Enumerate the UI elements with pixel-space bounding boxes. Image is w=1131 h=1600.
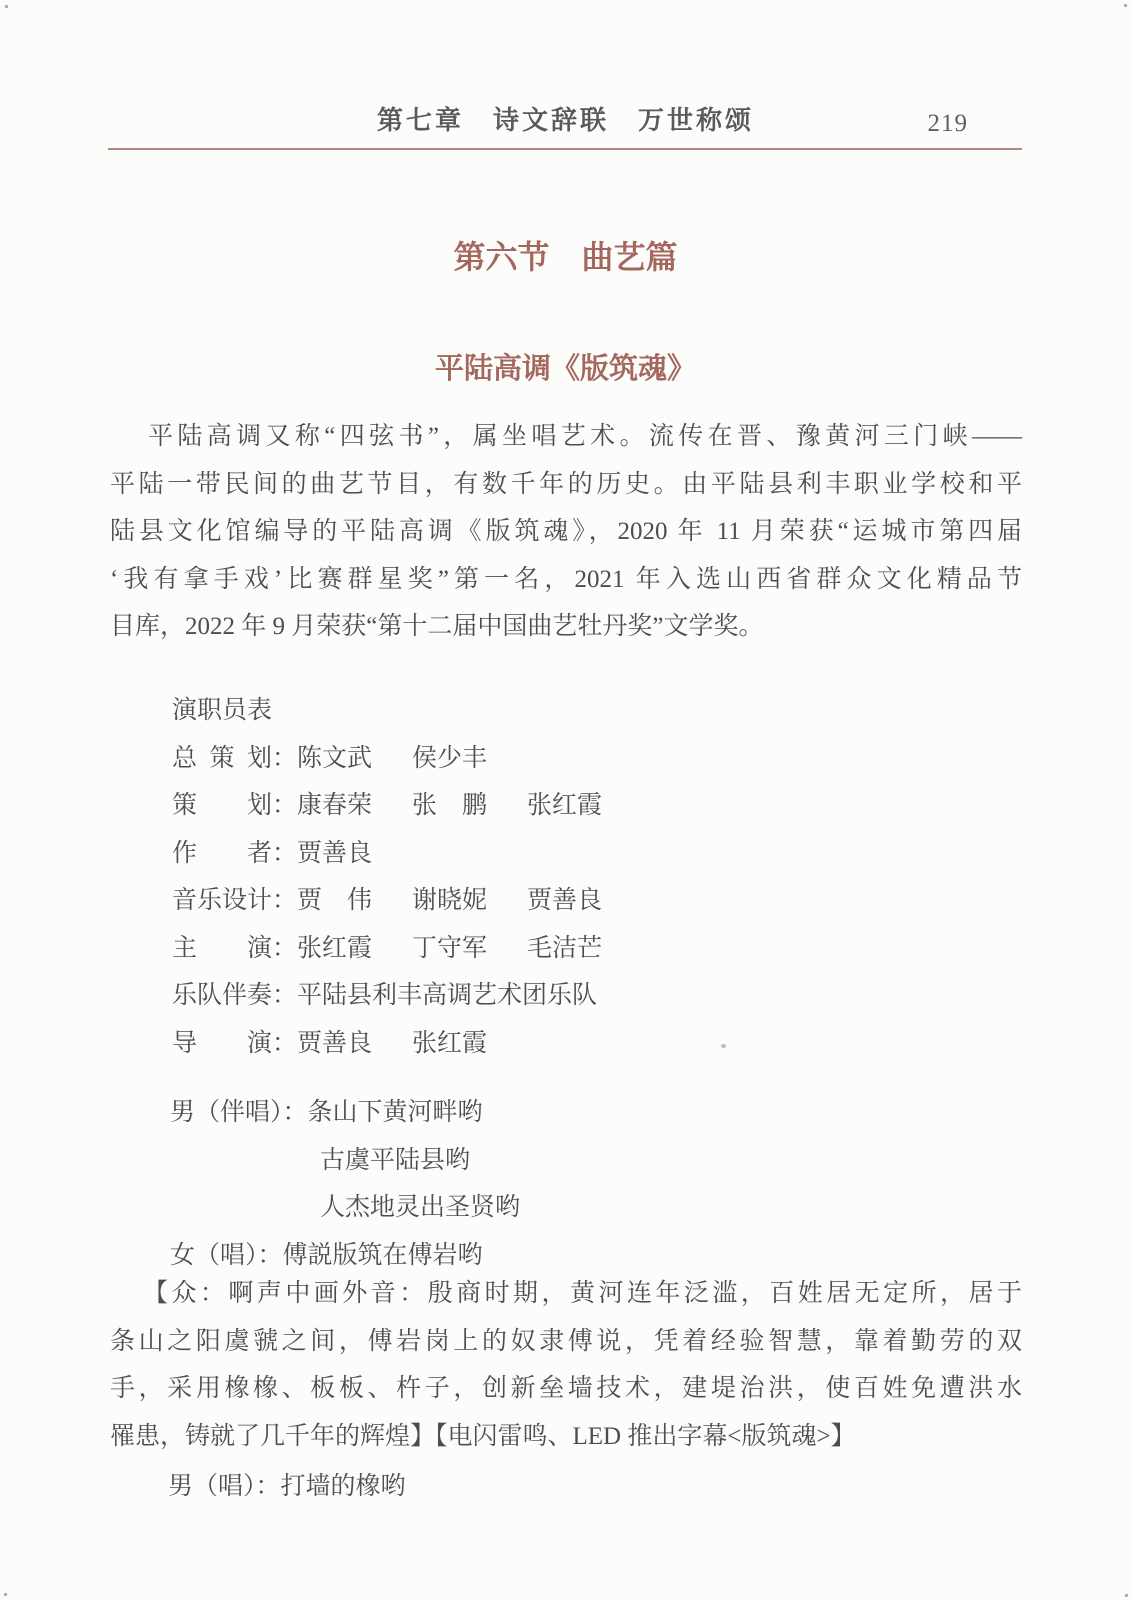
scan-corner-mark xyxy=(1125,1594,1128,1597)
cast-role: 策划 xyxy=(172,782,272,830)
intro-line: ‘我有拿手戏’比赛群星奖”第一名，2021 年入选山西省群众文化精品节 xyxy=(110,556,1022,604)
lyric-text: 打墙的橡哟 xyxy=(281,1473,406,1500)
scan-corner-mark xyxy=(4,1593,7,1596)
intro-line: 平陆高调又称“四弦书”，属坐唱艺术。流传在晋、豫黄河三门峡—— xyxy=(110,413,1022,461)
scan-speck xyxy=(721,1044,726,1048)
cast-row: 策划：康春荣张 鹏张红霞 xyxy=(110,782,1022,830)
cast-colon: ： xyxy=(272,1030,297,1057)
cast-name: 毛洁芒 xyxy=(527,925,602,973)
narration-line: 罹患，铸就了几千年的辉煌】【电闪雷鸣、LED 推出字幕<版筑魂>】 xyxy=(110,1413,1022,1461)
cast-row: 导演：贾善良张红霞 xyxy=(110,1020,1022,1068)
scan-corner-mark xyxy=(1124,4,1127,7)
cast-name: 张 鹏 xyxy=(412,782,487,830)
cast-role: 作者 xyxy=(172,830,272,878)
cast-name: 平陆县利丰高调艺术团乐队 xyxy=(297,972,597,1020)
lyric-text: 条山下黄河畔哟 xyxy=(308,1099,483,1126)
cast-name: 贾善良 xyxy=(297,830,372,878)
cast-row: 乐队伴奏：平陆县利丰高调艺术团乐队 xyxy=(110,972,1022,1020)
cast-colon: ： xyxy=(272,792,297,819)
intro-line: 目库，2022 年 9 月荣获“第十二届中国曲艺牡丹奖”文学奖。 xyxy=(110,603,1022,651)
cast-name: 谢晓妮 xyxy=(412,877,487,925)
book-page: 第七章 诗文辞联 万世称颂 219 第六节 曲艺篇 平陆高调《版筑魂》 平陆高调… xyxy=(0,0,1131,1600)
lyrics-block: 男（伴唱）：条山下黄河畔哟 古虞平陆县哟 人杰地灵出圣贤哟 女（唱）：傅説版筑在… xyxy=(110,1089,1022,1279)
cast-row: 音乐设计：贾 伟谢晓妮贾善良 xyxy=(110,877,1022,925)
lyric-speaker: 男（伴唱）： xyxy=(170,1099,308,1126)
intro-line: 平陆一带民间的曲艺节目，有数千年的历史。由平陆县利丰职业学校和平 xyxy=(110,461,1022,509)
intro-paragraph: 平陆高调又称“四弦书”，属坐唱艺术。流传在晋、豫黄河三门峡—— 平陆一带民间的曲… xyxy=(110,413,1022,651)
narration-line: 手，采用橡橡、板板、杵子，创新垒墙技术，建堤治洪，使百姓免遭洪水 xyxy=(110,1365,1022,1413)
cast-name: 张红霞 xyxy=(527,782,602,830)
cast-role: 导演 xyxy=(172,1020,272,1068)
cast-role: 音乐设计 xyxy=(172,877,272,925)
cast-colon: ： xyxy=(272,745,297,772)
cast-list-heading: 演职员表 xyxy=(110,687,1022,735)
piece-subtitle: 平陆高调《版筑魂》 xyxy=(0,346,1131,387)
narration-paragraph: 【众：啊声中画外音：殷商时期，黄河连年泛滥，百姓居无定所，居于 条山之阳虞虢之间… xyxy=(110,1270,1022,1460)
cast-name: 贾 伟 xyxy=(297,877,372,925)
cast-colon: ： xyxy=(272,935,297,962)
page-number: 219 xyxy=(928,110,969,138)
lyric-speaker: 男（唱）： xyxy=(168,1473,281,1500)
cast-role: 总策划 xyxy=(172,735,272,783)
cast-name: 贾善良 xyxy=(297,1020,372,1068)
cast-name: 贾善良 xyxy=(527,877,602,925)
lyric-line: 古虞平陆县哟 xyxy=(110,1137,1022,1185)
lyric-speaker: 女（唱）： xyxy=(170,1242,283,1269)
cast-name: 丁守军 xyxy=(412,925,487,973)
cast-name: 张红霞 xyxy=(297,925,372,973)
cast-row: 主演：张红霞丁守军毛洁芒 xyxy=(110,925,1022,973)
cast-name: 侯少丰 xyxy=(412,735,487,783)
intro-line: 陆县文化馆编导的平陆高调《版筑魂》，2020 年 11 月荣获“运城市第四届 xyxy=(110,508,1022,556)
section-title: 第六节 曲艺篇 xyxy=(0,232,1131,278)
lyric-line: 男（唱）：打墙的橡哟 xyxy=(110,1463,1022,1511)
cast-row: 总策划：陈文武侯少丰 xyxy=(110,735,1022,783)
cast-role: 主演 xyxy=(172,925,272,973)
cast-colon: ： xyxy=(272,840,297,867)
cast-colon: ： xyxy=(272,887,297,914)
narration-line: 条山之阳虞虢之间，傅岩岗上的奴隶傅说，凭着经验智慧，靠着勤劳的双 xyxy=(110,1318,1022,1366)
cast-role: 乐队伴奏 xyxy=(172,972,272,1020)
lyric-line: 男（伴唱）：条山下黄河畔哟 xyxy=(110,1089,1022,1137)
cast-name: 陈文武 xyxy=(297,735,372,783)
closing-lyric: 男（唱）：打墙的橡哟 xyxy=(110,1463,1022,1511)
cast-colon: ： xyxy=(272,982,297,1009)
narration-line: 【众：啊声中画外音：殷商时期，黄河连年泛滥，百姓居无定所，居于 xyxy=(110,1270,1022,1318)
cast-row: 作者：贾善良 xyxy=(110,830,1022,878)
cast-name: 张红霞 xyxy=(412,1020,487,1068)
lyric-text: 傅説版筑在傅岩哟 xyxy=(283,1242,483,1269)
cast-list: 演职员表 总策划：陈文武侯少丰 策划：康春荣张 鹏张红霞 作者：贾善良 音乐设计… xyxy=(110,687,1022,1067)
lyric-line: 人杰地灵出圣贤哟 xyxy=(110,1184,1022,1232)
cast-name: 康春荣 xyxy=(297,782,372,830)
scan-corner-mark xyxy=(5,5,8,8)
header-rule xyxy=(108,148,1022,150)
